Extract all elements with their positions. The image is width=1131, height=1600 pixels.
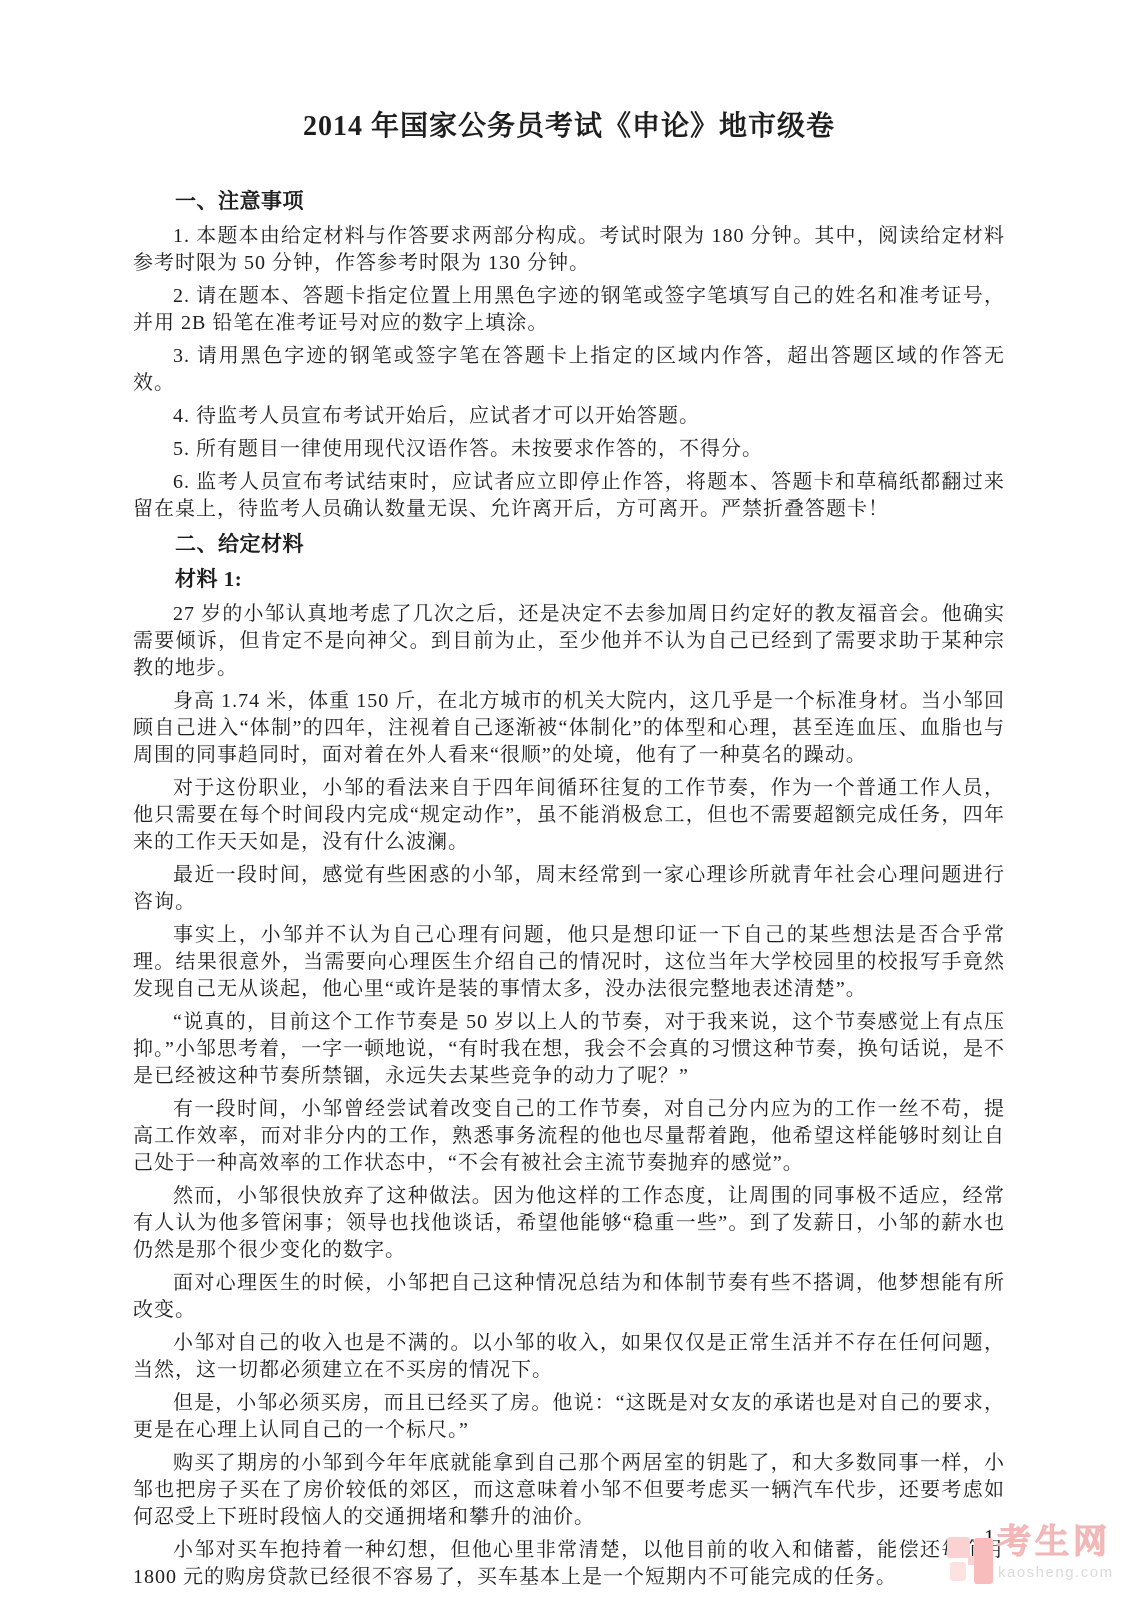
material-paragraph: 小邹对自己的收入也是不满的。以小邹的收入，如果仅仅是正常生活并不存在任何问题，当… [133,1330,1005,1384]
material-paragraph: 但是，小邹必须买房，而且已经买了房。他说：“这既是对女友的承诺也是对自己的要求，… [133,1390,1005,1444]
page-content: 2014 年国家公务员考试《申论》地市级卷 一、注意事项 1. 本题本由给定材料… [133,0,1005,1597]
notice-item: 5. 所有题目一律使用现代汉语作答。未按要求作答的，不得分。 [133,436,1005,463]
notice-item: 2. 请在题本、答题卡指定位置上用黑色字迹的钢笔或签字笔填写自己的姓名和准考证号… [133,283,1005,337]
notice-item: 4. 待监考人员宣布考试开始后，应试者才可以开始答题。 [133,403,1005,430]
notice-item: 1. 本题本由给定材料与作答要求两部分构成。考试时限为 180 分钟。其中，阅读… [133,223,1005,277]
watermark-site-name: 考生网 [997,1523,1111,1561]
notice-item: 6. 监考人员宣布考试结束时，应试者应立即停止作答，将题本、答题卡和草稿纸都翻过… [133,469,1005,523]
kaosheng-logo-icon [947,1537,970,1558]
material-paragraph: “说真的，目前这个工作节奏是 50 岁以上人的节奏，对于我来说，这个节奏感觉上有… [133,1009,1005,1090]
material-1-label: 材料 1: [133,566,1005,593]
material-paragraph: 身高 1.74 米，体重 150 斤，在北方城市的机关大院内，这几乎是一个标准身… [133,688,1005,769]
material-paragraph: 然而，小邹很快放弃了这种做法。因为他这样的工作态度，让周围的同事极不适应，经常有… [133,1183,1005,1264]
material-paragraph: 事实上，小邹并不认为自己心理有问题，他只是想印证一下自己的某些想法是否合乎常理。… [133,922,1005,1003]
material-paragraph: 小邹对买车抱持着一种幻想，但他心里非常清楚，以他目前的收入和储蓄，能偿还每个月 … [133,1537,1005,1591]
kaosheng-logo-icon [974,1538,993,1584]
document-title: 2014 年国家公务员考试《申论》地市级卷 [133,108,1005,146]
notice-section-heading: 一、注意事项 [133,188,1005,215]
kaosheng-logo-icon [950,1562,966,1581]
kaosheng-watermark: 考生网 kaosheng.com [935,1524,1120,1588]
material-paragraph: 购买了期房的小邹到今年年底就能拿到自己那个两居室的钥匙了，和大多数同事一样，小邹… [133,1450,1005,1531]
material-paragraph: 有一段时间，小邹曾经尝试着改变自己的工作节奏，对自己分内应为的工作一丝不苟，提高… [133,1096,1005,1177]
watermark-site-domain: kaosheng.com [998,1564,1114,1582]
material-paragraph: 27 岁的小邹认真地考虑了几次之后，还是决定不去参加周日约定好的教友福音会。他确… [133,601,1005,682]
material-paragraph: 对于这份职业，小邹的看法来自于四年间循环往复的工作节奏，作为一个普通工作人员，他… [133,775,1005,856]
exam-paper-page: 2014 年国家公务员考试《申论》地市级卷 一、注意事项 1. 本题本由给定材料… [0,0,1131,1600]
materials-section-heading: 二、给定材料 [133,531,1005,558]
material-paragraph: 面对心理医生的时候，小邹把自己这种情况总结为和体制节奏有些不搭调，他梦想能有所改… [133,1270,1005,1324]
notice-item: 3. 请用黑色字迹的钢笔或签字笔在答题卡上指定的区域内作答，超出答题区域的作答无… [133,343,1005,397]
material-paragraph: 最近一段时间，感觉有些困惑的小邹，周末经常到一家心理诊所就青年社会心理问题进行咨… [133,862,1005,916]
